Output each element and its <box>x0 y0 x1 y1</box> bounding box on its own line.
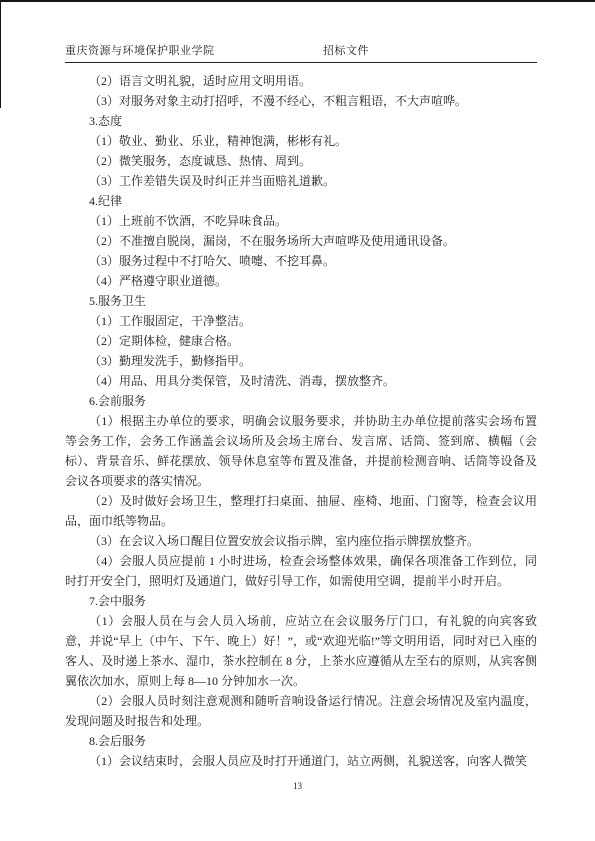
section-heading: 3.态度 <box>65 111 537 131</box>
section-heading: 4.纪律 <box>65 191 537 211</box>
section-heading: 6.会前服务 <box>65 391 537 411</box>
section-heading: 8.会后服务 <box>65 731 537 751</box>
section-heading: 7.会中服务 <box>65 591 537 611</box>
paragraph: （2）不准擅自脱岗，漏岗，不在服务场所大声喧哗及使用通讯设备。 <box>65 231 537 251</box>
paragraph: （3）服务过程中不打哈欠、喷嚏、不挖耳鼻。 <box>65 251 537 271</box>
paragraph: （4）严格遵守职业道德。 <box>65 271 537 291</box>
paragraph: （1）会议结束时，会服人员应及时打开通道门，站立两侧，礼貌送客，向客人微笑 <box>65 751 537 771</box>
paragraph: （3）在会议入场口醒目位置安放会议指示牌，室内座位指示牌摆放整齐。 <box>65 531 537 551</box>
paragraph: （3）工作差错失误及时纠正并当面赔礼道歉。 <box>65 171 537 191</box>
document-body: （2）语言文明礼貌，适时应用文明用语。（3）对服务对象主动打招呼，不漫不经心，不… <box>65 71 537 771</box>
page-number: 13 <box>293 781 302 791</box>
paragraph: （4）会服人员应提前 1 小时进场，检查会场整体效果，确保各项准备工作到位，同时… <box>65 551 537 591</box>
scan-artifact-left-line <box>0 0 1 108</box>
paragraph: （2）及时做好会场卫生，整理打扫桌面、抽屉、座椅、地面、门窗等，检查会议用品，面… <box>65 491 537 531</box>
section-heading: 5.服务卫生 <box>65 291 537 311</box>
paragraph: （1）上班前不饮酒，不吃异味食品。 <box>65 211 537 231</box>
paragraph: （3）勤理发洗手，勤修指甲。 <box>65 351 537 371</box>
header-document-type: 招标文件 <box>323 44 369 58</box>
page-footer: 13 <box>0 781 595 791</box>
paragraph: （3）对服务对象主动打招呼，不漫不经心，不粗言粗语，不大声喧哗。 <box>65 91 537 111</box>
paragraph: （2）微笑服务，态度诚恳、热情、周到。 <box>65 151 537 171</box>
paragraph: （2）语言文明礼貌，适时应用文明用语。 <box>65 71 537 91</box>
paragraph: （4）用品、用具分类保管，及时清洗、消毒，摆放整齐。 <box>65 371 537 391</box>
paragraph: （1）根据主办单位的要求，明确会议服务要求，并协助主办单位提前落实会场布置等会务… <box>65 411 537 491</box>
scan-artifact-top-line <box>0 0 595 2</box>
header-organization-name: 重庆资源与环境保护职业学院 <box>65 44 215 58</box>
paragraph: （2）会服人员时刻注意观测和随听音响设备运行情况。注意会场情况及室内温度，发现问… <box>65 691 537 731</box>
paragraph: （1）会服人员在与会人员入场前，应站立在会议服务厅门口，有礼貌的向宾客致意，并说… <box>65 611 537 691</box>
page-header: 重庆资源与环境保护职业学院 招标文件 <box>65 44 537 63</box>
paragraph: （2）定期体检，健康合格。 <box>65 331 537 351</box>
paragraph: （1）敬业、勤业、乐业，精神饱满，彬彬有礼。 <box>65 131 537 151</box>
document-page: 重庆资源与环境保护职业学院 招标文件 （2）语言文明礼貌，适时应用文明用语。（3… <box>0 0 595 841</box>
paragraph: （1）工作服固定，干净整洁。 <box>65 311 537 331</box>
